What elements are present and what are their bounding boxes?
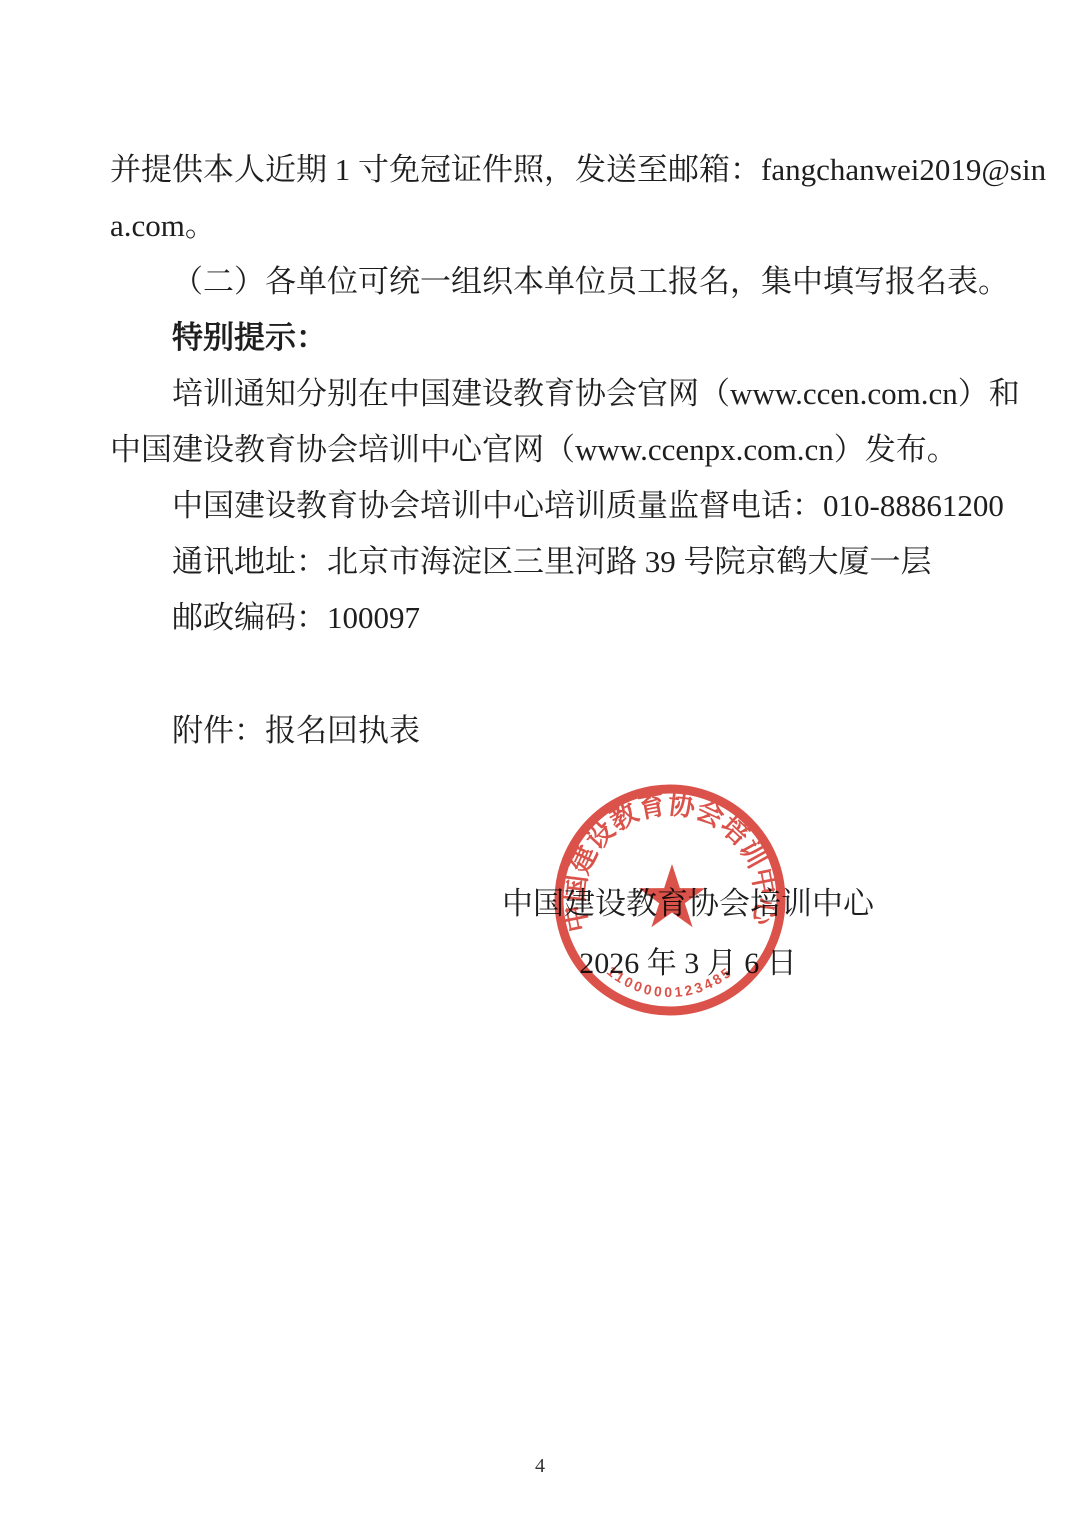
seal-serial-number: 1100000123485 bbox=[604, 963, 736, 1000]
special-note-heading: 特别提示： bbox=[110, 310, 974, 366]
body-line: 通讯地址：北京市海淀区三里河路 39 号院京鹤大厦一层 bbox=[110, 534, 974, 590]
body-line: 培训通知分别在中国建设教育协会官网（www.ccen.com.cn）和 bbox=[110, 366, 974, 422]
svg-text:1100000123485: 1100000123485 bbox=[604, 963, 736, 1000]
body-line: a.com。 bbox=[110, 198, 974, 254]
body-line: 中国建设教育协会培训中心培训质量监督电话：010-88861200 bbox=[110, 478, 974, 534]
document-page: 并提供本人近期 1 寸免冠证件照，发送至邮箱：fangchanwei2019@s… bbox=[0, 0, 1080, 1528]
body-line: 中国建设教育协会培训中心官网（www.ccenpx.com.cn）发布。 bbox=[110, 422, 974, 478]
body-text-block: 并提供本人近期 1 寸免冠证件照，发送至邮箱：fangchanwei2019@s… bbox=[110, 142, 974, 646]
body-line: 并提供本人近期 1 寸免冠证件照，发送至邮箱：fangchanwei2019@s… bbox=[110, 142, 974, 198]
body-line: 邮政编码：100097 bbox=[110, 590, 974, 646]
seal-star-icon bbox=[639, 864, 706, 927]
official-seal: 中国建设教育协会培训中心 1100000123485 bbox=[545, 775, 795, 1025]
page-number: 4 bbox=[0, 1452, 1080, 1480]
body-line: （二）各单位可统一组织本单位员工报名，集中填写报名表。 bbox=[110, 254, 974, 310]
attachment-line: 附件：报名回执表 bbox=[172, 703, 420, 759]
